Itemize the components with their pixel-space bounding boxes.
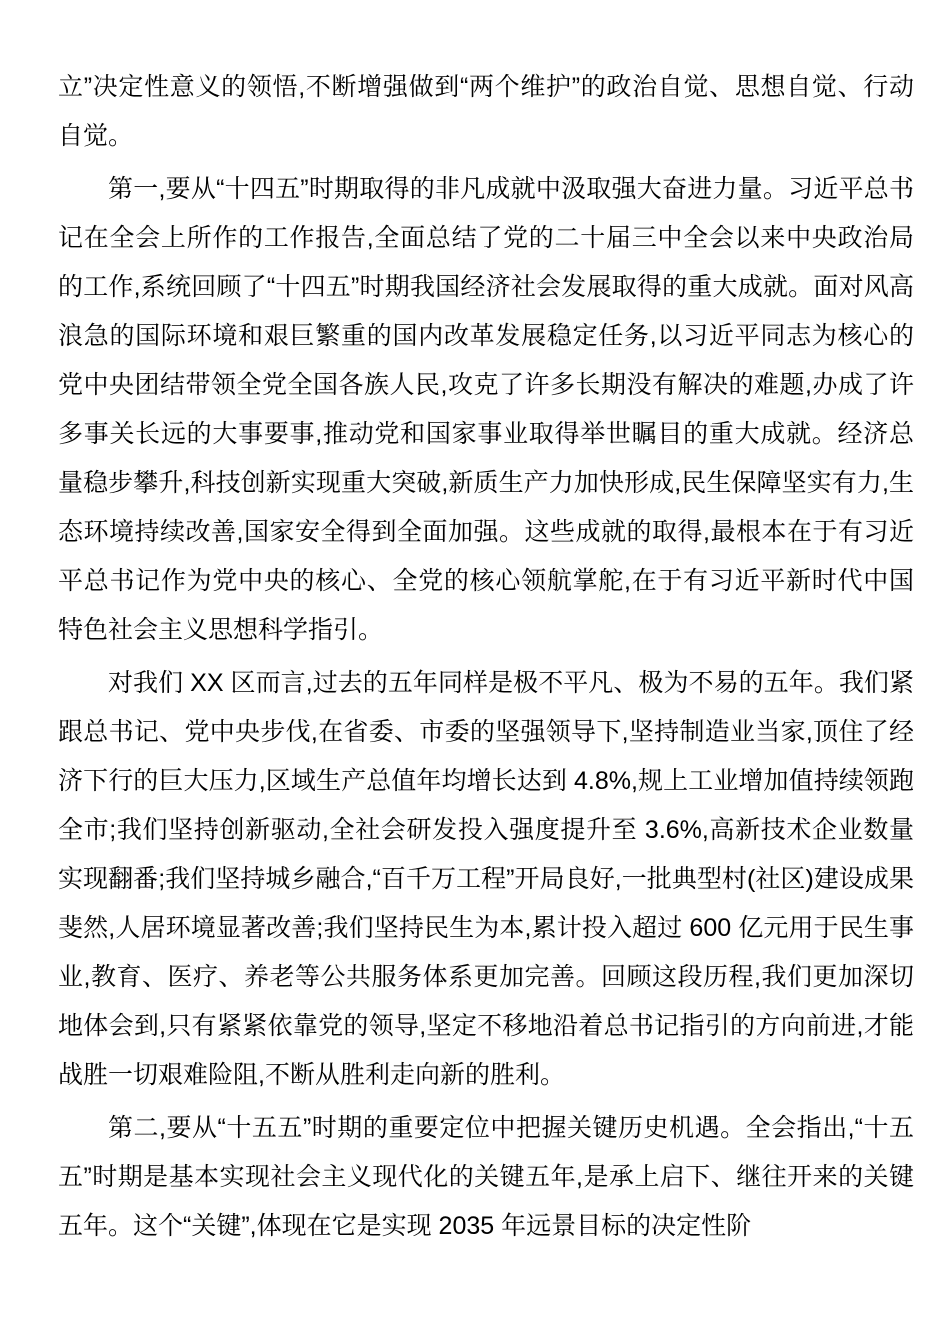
document-page: 立”决定性意义的领悟,不断增强做到“两个维护”的政治自觉、思想自觉、行动自觉。 … (0, 0, 950, 1344)
paragraph-district-review: 对我们 XX 区而言,过去的五年同样是极不平凡、极为不易的五年。我们紧跟总书记、… (58, 659, 914, 1100)
paragraph-continuation: 立”决定性意义的领悟,不断增强做到“两个维护”的政治自觉、思想自觉、行动自觉。 (58, 63, 914, 161)
paragraph-first-point: 第一,要从“十四五”时期取得的非凡成就中汲取强大奋进力量。习近平总书记在全会上所… (58, 165, 914, 655)
paragraph-second-point: 第二,要从“十五五”时期的重要定位中把握关键历史机遇。全会指出,“十五五”时期是… (58, 1104, 914, 1251)
document-body: 立”决定性意义的领悟,不断增强做到“两个维护”的政治自觉、思想自觉、行动自觉。 … (58, 63, 914, 1251)
